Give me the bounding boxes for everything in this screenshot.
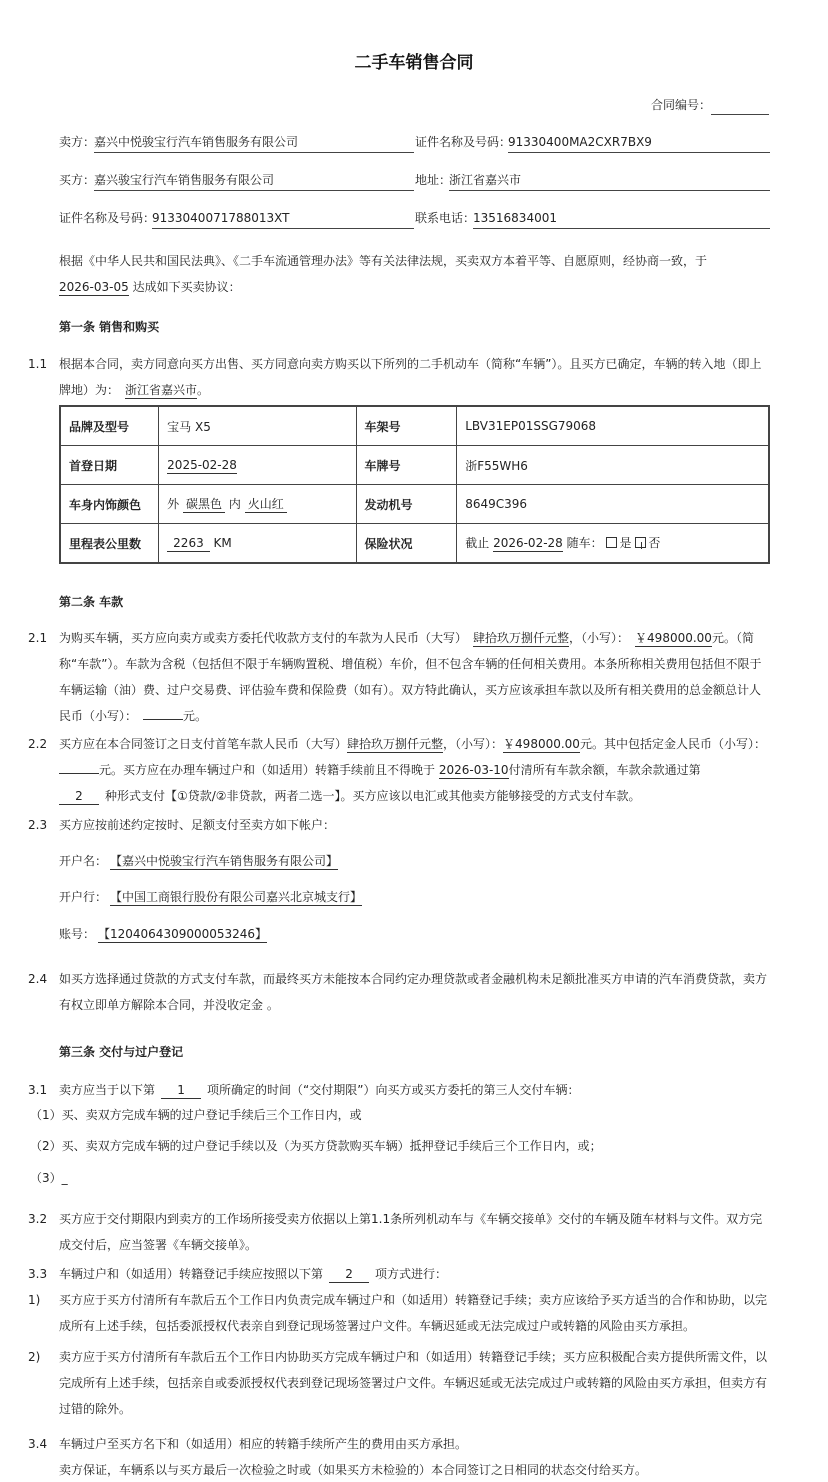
delivery-option-1: （1）买、卖双方完成车辆的过户登记手续后三个工作日内，或 xyxy=(30,1102,362,1128)
color-label: 车身内饰颜色 xyxy=(60,485,159,524)
seller-id-label: 证件名称及号码： xyxy=(415,133,511,151)
seller-id-field[interactable] xyxy=(508,152,770,153)
buyer-address-value: 浙江省嘉兴市 xyxy=(449,171,521,189)
vehicle-info-table: 品牌及型号 宝马 X5 车架号 LBV31EP01SSG79068 首登日期 2… xyxy=(59,405,770,564)
agreement-date: 2026-03-05 xyxy=(59,279,129,296)
buyer-phone-label: 联系电话： xyxy=(415,209,475,227)
delivery-option-2: （2）买、卖双方完成车辆的过户登记手续以及（为买方贷款购买车辆）抵押登记手续后三… xyxy=(30,1133,602,1159)
table-row: 里程表公里数 2263 KM 保险状况 截止 2026-02-28 随车： 是 … xyxy=(60,524,769,564)
buyer-id-label: 证件名称及号码： xyxy=(59,209,155,227)
price-uppercase: 肆拾玖万捌仟元整 xyxy=(473,630,569,647)
clause-2-2-text-b: ，（小写）： xyxy=(443,737,503,751)
clause-2-2-text-e: 付清所有车款余额，车款余款通过第 xyxy=(509,763,701,777)
with-car-label: 随车： xyxy=(567,536,603,550)
engine-no-value: 8649C396 xyxy=(457,485,769,524)
first-registration-value: 2025-02-28 xyxy=(167,457,237,474)
clause-1-1: 根据本合同，卖方同意向买方出售、买方同意向卖方购买以下所列的二手机动车（简称“车… xyxy=(59,351,771,403)
first-registration-cell: 2025-02-28 xyxy=(159,446,356,485)
buyer-field[interactable] xyxy=(94,190,414,191)
clause-3-1-text-b: 项所确定的时间（“交付期限”）向买方或买方委托的第三人交付车辆： xyxy=(207,1083,579,1097)
seller-field[interactable] xyxy=(94,152,414,153)
option-1-text: 买、卖双方完成车辆的过户登记手续后三个工作日内，或 xyxy=(62,1108,362,1122)
clause-3-4: 车辆过户至买方名下和（如适用）相应的转籍手续所产生的费用由买方承担。 卖方保证，… xyxy=(59,1431,771,1482)
insurance-prefix: 截止 xyxy=(465,536,489,550)
checkbox-yes[interactable] xyxy=(606,537,617,548)
clause-3-3: 车辆过户和（如适用）转籍登记手续应按照以下第2项方式进行： xyxy=(59,1261,771,1287)
interior-color: 火山红 xyxy=(245,496,287,513)
clause-2-1-text-a: 为购买车辆，买方应向卖方或卖方委托代收款方支付的车款为人民币（大写） xyxy=(59,631,467,645)
article-2-heading: 第二条 车款 xyxy=(59,593,123,610)
account-name-value: 【嘉兴中悦骏宝行汽车销售服务有限公司】 xyxy=(110,853,338,870)
option-2-number: （2） xyxy=(30,1139,62,1153)
buyer-phone-value: 13516834001 xyxy=(473,209,557,227)
delivery-item: 1 xyxy=(161,1082,201,1099)
vin-value: LBV31EP01SSG79068 xyxy=(457,406,769,446)
clause-2-2: 买方应在本合同签订之日支付首笔车款人民币（大写）肆拾玖万捌仟元整，（小写）：￥4… xyxy=(59,731,771,809)
clause-2-2-text-a: 买方应在本合同签订之日支付首笔车款人民币（大写） xyxy=(59,737,347,751)
clause-3-1-number: 3.1 xyxy=(28,1077,47,1103)
bank-value: 【中国工商银行股份有限公司嘉兴北京城支行】 xyxy=(110,889,362,906)
clause-2-4-number: 2.4 xyxy=(28,966,47,992)
brand-model-value: 宝马 X5 xyxy=(159,406,356,446)
clause-1-1-end: 。 xyxy=(197,383,209,397)
buyer-id-field[interactable] xyxy=(152,228,414,229)
transfer-option-2-number: 2) xyxy=(28,1344,40,1370)
account-no-label: 账号： xyxy=(59,925,95,943)
price-lowercase: ￥498000.00 xyxy=(635,630,712,647)
clause-3-2-number: 3.2 xyxy=(28,1206,47,1232)
plate-value: 浙F55WH6 xyxy=(457,446,769,485)
account-no-value: 【1204064309000053246】 xyxy=(98,926,267,943)
clause-2-1-text-b: ，（小写）： xyxy=(569,631,629,645)
clause-2-2-text-f: 种形式支付【①贷款/②非贷款，两者二选一】。买方应该以电汇或其他卖方能够接受的方… xyxy=(105,789,641,803)
seller-id-value: 91330400MA2CXR7BX9 xyxy=(508,133,652,151)
clause-2-1-number: 2.1 xyxy=(28,625,47,651)
clause-1-1-number: 1.1 xyxy=(28,351,47,377)
mileage-value: 2263 xyxy=(167,535,210,552)
option-3-number: （3） xyxy=(30,1171,62,1185)
table-row: 首登日期 2025-02-28 车牌号 浙F55WH6 xyxy=(60,446,769,485)
clause-2-4-text: 如买方选择通过贷款的方式支付车款，而最终买方未能按本合同约定办理贷款或者金融机构… xyxy=(59,966,771,1018)
bank-label: 开户行： xyxy=(59,888,107,906)
transfer-option-2-text: 卖方应于买方付清所有车款后五个工作日内协助买方完成车辆过户和（如适用）转籍登记手… xyxy=(59,1344,771,1422)
first-registration-label: 首登日期 xyxy=(60,446,159,485)
clause-2-2-number: 2.2 xyxy=(28,731,47,757)
brand-model-label: 品牌及型号 xyxy=(60,406,159,446)
contract-no-field[interactable] xyxy=(711,114,769,115)
buyer-id-value: 9133040071788013XT xyxy=(152,209,290,227)
first-payment-uppercase: 肆拾玖万捌仟元整 xyxy=(347,736,443,753)
article-1-heading: 第一条 销售和购买 xyxy=(59,318,159,335)
insurance-cell: 截止 2026-02-28 随车： 是 否 xyxy=(457,524,769,564)
seller-value: 嘉兴中悦骏宝行汽车销售服务有限公司 xyxy=(94,133,298,151)
clause-2-2-text-c: 元。其中包括定金人民币（小写）： xyxy=(580,737,766,751)
seller-label: 卖方： xyxy=(59,133,95,151)
exterior-color: 碳黑色 xyxy=(183,496,225,513)
clause-3-4-text2: 卖方保证，车辆系以与买方最后一次检验之时或（如果买方未检验的）本合同签订之日相同… xyxy=(59,1463,647,1477)
option-2-text: 买、卖双方完成车辆的过户登记手续以及（为买方贷款购买车辆）抵押登记手续后三个工作… xyxy=(62,1139,602,1153)
clause-2-2-text-d: 元。买方应在办理车辆过户和（如适用）转籍手续前且不得晚于 xyxy=(99,763,439,777)
clause-3-3-text-a: 车辆过户和（如适用）转籍登记手续应按照以下第 xyxy=(59,1267,323,1281)
buyer-phone-field[interactable] xyxy=(473,228,770,229)
buyer-address-label: 地址： xyxy=(415,171,451,189)
contract-title: 二手车销售合同 xyxy=(0,48,828,73)
clause-3-4-number: 3.4 xyxy=(28,1431,47,1457)
first-payment-lowercase: ￥498000.00 xyxy=(503,736,580,753)
payment-method: 2 xyxy=(59,788,99,805)
transfer-option-1-text: 买方应于买方付清所有车款后五个工作日内负责完成车辆过户和（如适用）转籍登记手续；… xyxy=(59,1287,771,1339)
exterior-label: 外 xyxy=(167,497,179,511)
preamble-text: 根据《中华人民共和国民法典》、《二手车流通管理办法》等有关法律法规，买卖双方本着… xyxy=(59,254,707,268)
clause-2-3-number: 2.3 xyxy=(28,812,47,838)
vin-label: 车架号 xyxy=(356,406,457,446)
insurance-label: 保险状况 xyxy=(356,524,457,564)
clause-2-1: 为购买车辆，买方应向卖方或卖方委托代收款方支付的车款为人民币（大写）肆拾玖万捌仟… xyxy=(59,625,771,729)
checkbox-no-checked[interactable] xyxy=(635,537,646,548)
clause-3-3-number: 3.3 xyxy=(28,1261,47,1287)
registration-place: 浙江省嘉兴市 xyxy=(125,382,197,399)
clause-3-4-text: 车辆过户至买方名下和（如适用）相应的转籍手续所产生的费用由买方承担。 xyxy=(59,1437,467,1451)
preamble-tail: 达成如下买卖协议： xyxy=(129,280,241,294)
clause-2-1-text-d: 元。 xyxy=(183,709,207,723)
transfer-option-1-number: 1) xyxy=(28,1287,40,1313)
account-name-label: 开户名： xyxy=(59,852,107,870)
mileage-cell: 2263 KM xyxy=(159,524,356,564)
deposit-blank[interactable] xyxy=(59,773,99,774)
preamble: 根据《中华人民共和国民法典》、《二手车流通管理办法》等有关法律法规，买卖双方本着… xyxy=(59,248,771,300)
delivery-option-3: （3）_ xyxy=(30,1165,68,1191)
option-yes-label: 是 xyxy=(619,536,631,550)
clause-3-2-text: 买方应于交付期限内到卖方的工作场所接受卖方依据以上第1.1条所列机动车与《车辆交… xyxy=(59,1206,771,1258)
contract-no-label: 合同编号： xyxy=(651,96,711,114)
interior-label: 内 xyxy=(229,497,241,511)
plate-label: 车牌号 xyxy=(356,446,457,485)
option-3-text: _ xyxy=(62,1171,68,1185)
mileage-unit: KM xyxy=(214,536,232,550)
clause-2-3-text: 买方应按前述约定按时、足额支付至卖方如下帐户： xyxy=(59,812,771,838)
buyer-label: 买方： xyxy=(59,171,95,189)
table-row: 品牌及型号 宝马 X5 车架号 LBV31EP01SSG79068 xyxy=(60,406,769,446)
engine-no-label: 发动机号 xyxy=(356,485,457,524)
table-row: 车身内饰颜色 外 碳黑色 内 火山红 发动机号 8649C396 xyxy=(60,485,769,524)
clause-3-3-text-b: 项方式进行： xyxy=(375,1267,447,1281)
buyer-value: 嘉兴骏宝行汽车销售服务有限公司 xyxy=(94,171,274,189)
clause-3-1-text-a: 卖方应当于以下第 xyxy=(59,1083,155,1097)
clause-3-1: 卖方应当于以下第1项所确定的时间（“交付期限”）向买方或买方委托的第三人交付车辆… xyxy=(59,1077,771,1103)
option-no-label: 否 xyxy=(648,536,660,550)
option-1-number: （1） xyxy=(30,1108,62,1122)
payment-deadline: 2026-03-10 xyxy=(439,762,509,779)
mileage-label: 里程表公里数 xyxy=(60,524,159,564)
article-3-heading: 第三条 交付与过户登记 xyxy=(59,1043,183,1060)
transfer-item: 2 xyxy=(329,1266,369,1283)
color-cell: 外 碳黑色 内 火山红 xyxy=(159,485,356,524)
total-amount-blank[interactable] xyxy=(143,719,183,720)
buyer-address-field[interactable] xyxy=(449,190,770,191)
insurance-expiry: 2026-02-28 xyxy=(493,535,563,552)
